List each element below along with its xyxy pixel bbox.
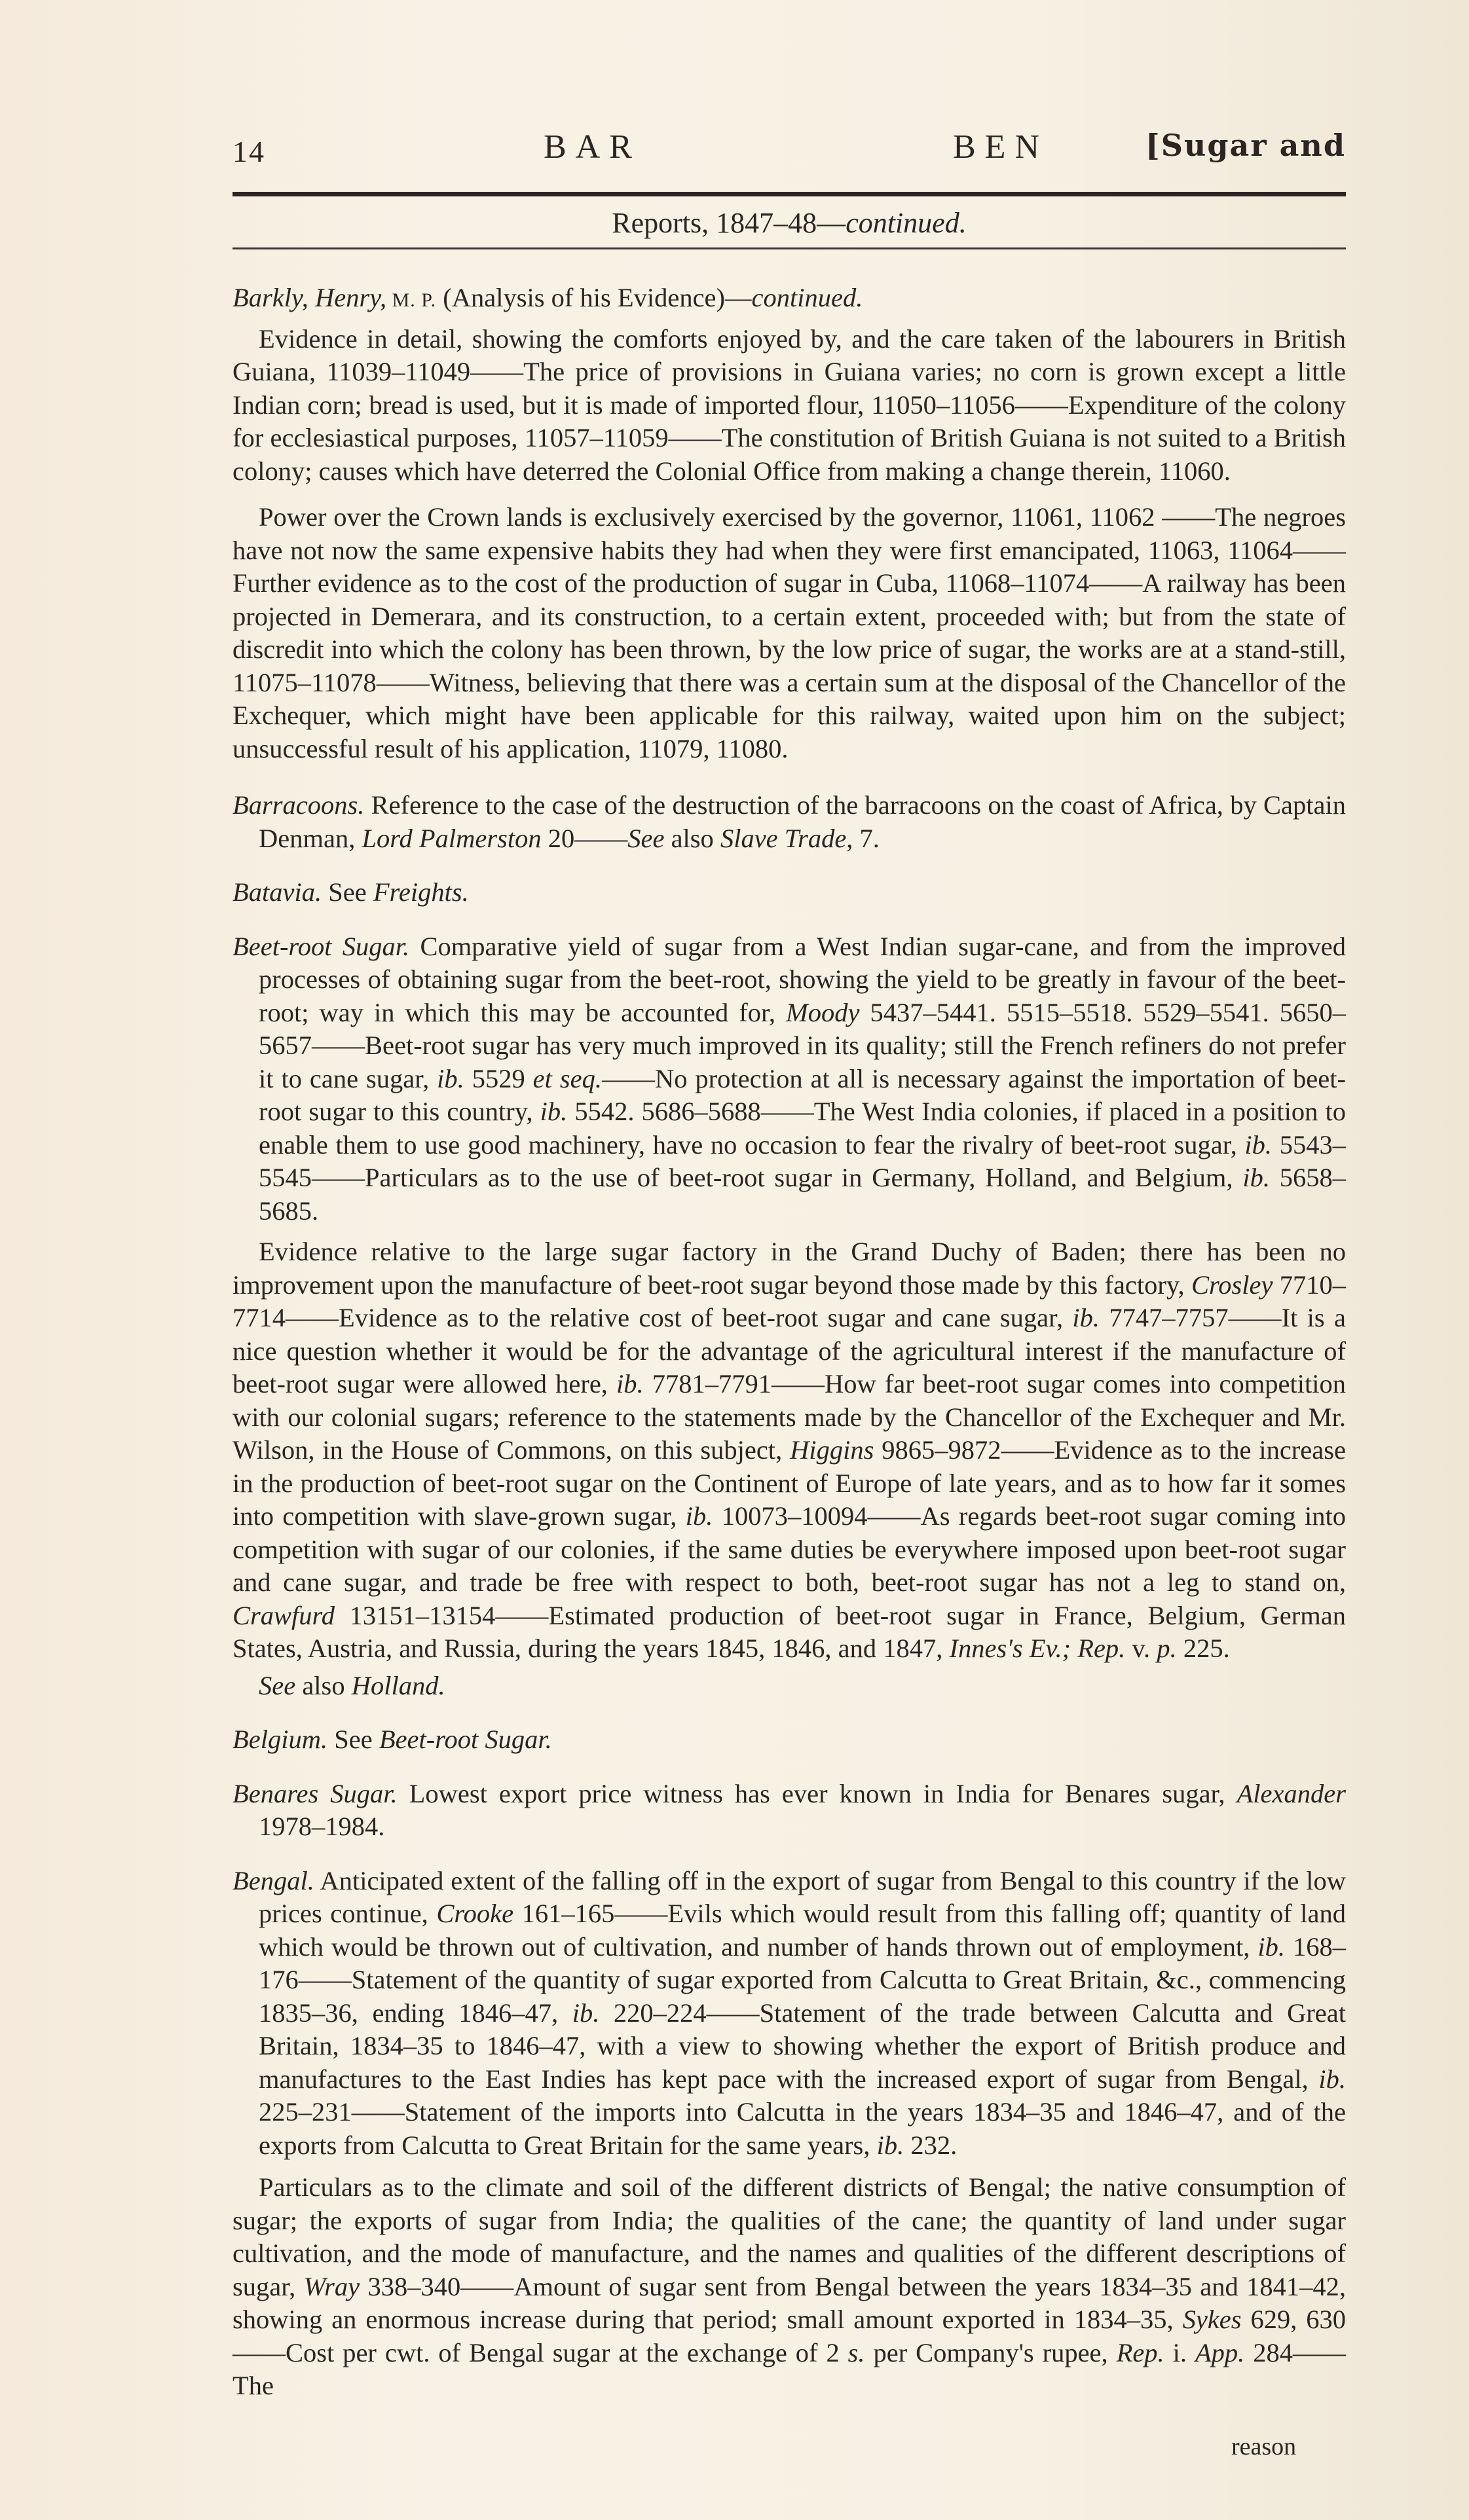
citation-name: ib.: [1318, 2064, 1346, 2094]
entry-text: See: [327, 1725, 379, 1754]
entry-text: 20——: [542, 824, 628, 853]
entry-text: also: [664, 824, 720, 853]
citation-name: ib.: [1244, 1130, 1272, 1160]
citation-name: et seq.: [533, 1064, 602, 1093]
citation-name: ib.: [1072, 1303, 1100, 1332]
cross-reference: Lord Palmerston: [362, 824, 541, 853]
citation-name: ib.: [1242, 1163, 1270, 1192]
entry-paragraph: Bengal. Anticipated extent of the fallin…: [232, 1865, 1346, 2163]
running-head-left-word: BAR: [544, 128, 641, 166]
citation-name: ib.: [616, 1369, 644, 1398]
entry-paragraph: Beet-root Sugar. Comparative yield of su…: [232, 930, 1346, 1228]
citation-name: Moody: [786, 998, 859, 1027]
index-body: Barkly, Henry, M. P. (Analysis of his Ev…: [232, 282, 1346, 2417]
entry-text: 1978–1984.: [259, 1812, 384, 1841]
citation-name: Innes's Ev.; Rep.: [950, 1634, 1126, 1663]
citation-name: App.: [1195, 2338, 1244, 2367]
catchword: reason: [1231, 2432, 1296, 2461]
subheading: Reports, 1847–48—continued.: [232, 206, 1346, 240]
entry-text: also: [295, 1671, 352, 1700]
entry-text: Lowest export price witness has ever kno…: [398, 1779, 1237, 1808]
entry-head: Beet-root Sugar.: [232, 932, 409, 961]
citation-name: Higgins: [790, 1435, 874, 1465]
entry-head: Belgium.: [232, 1725, 327, 1754]
entry-head: Batavia.: [232, 877, 322, 907]
entry-head-rest: (Analysis of his Evidence)—: [436, 283, 751, 312]
entry-barkly: Barkly, Henry, M. P. (Analysis of his Ev…: [232, 282, 1346, 765]
citation-name: p.: [1157, 1634, 1176, 1663]
entry-text: , 7.: [846, 824, 880, 853]
entry-heading: Barkly, Henry, M. P. (Analysis of his Ev…: [232, 282, 1346, 318]
entry-rich-text: Particulars as to the climate and soil o…: [232, 2172, 1346, 2400]
entry-barracoons: Barracoons. Reference to the case of the…: [232, 789, 1346, 855]
citation-name: ib.: [437, 1064, 464, 1093]
entry-paragraph: Evidence in detail, showing the comforts…: [232, 323, 1346, 488]
cross-reference: Beet-root Sugar.: [379, 1725, 552, 1754]
running-head: 14 BAR BEN [Sugar and: [232, 128, 1346, 180]
entry-belgium: Belgium. See Beet-root Sugar.: [232, 1723, 1346, 1757]
entry-text: See: [322, 877, 373, 907]
citation-name: ib.: [1257, 1932, 1285, 1962]
running-head-right-word: BEN: [953, 128, 1049, 166]
entry-head: Bengal.: [232, 1866, 314, 1895]
entry-bengal: Bengal. Anticipated extent of the fallin…: [232, 1865, 1346, 2403]
citation-name: ib.: [686, 1501, 713, 1531]
citation-name: Crosley: [1191, 1270, 1273, 1300]
entry-rich-text: Evidence relative to the large sugar fac…: [232, 1237, 1346, 1663]
cross-reference: Alexander: [1237, 1779, 1346, 1808]
citation-name: Crawfurd: [232, 1601, 335, 1630]
entry-paragraph: Evidence relative to the large sugar fac…: [232, 1235, 1346, 1666]
citation-name: s.: [848, 2338, 865, 2367]
cross-reference: Slave Trade: [720, 824, 846, 853]
entry-head: Barkly, Henry,: [232, 283, 386, 312]
see-also-label: See: [259, 1671, 295, 1700]
citation-name: ib.: [572, 1998, 600, 2028]
see-also-label: See: [627, 824, 664, 853]
citation-name: Wray: [304, 2272, 360, 2301]
header-rule-thin: [232, 247, 1346, 249]
entry-head-italic-tail: continued.: [752, 283, 863, 312]
citation-name: ib.: [540, 1097, 568, 1126]
entry-rich-text: Anticipated extent of the falling off in…: [259, 1866, 1346, 2160]
entry-beet-root-sugar: Beet-root Sugar. Comparative yield of su…: [232, 930, 1346, 1703]
entry-rich-text: Comparative yield of sugar from a West I…: [259, 932, 1346, 1226]
cross-reference: Freights.: [373, 877, 469, 907]
cross-reference: Holland.: [352, 1671, 445, 1700]
citation-name: Sykes: [1183, 2305, 1242, 2334]
entry-paragraph: Power over the Crown lands is exclusivel…: [232, 501, 1346, 765]
subheading-main: Reports, 1847–48—: [612, 207, 846, 239]
citation-name: ib.: [877, 2130, 904, 2160]
entry-batavia: Batavia. See Freights.: [232, 876, 1346, 909]
subheading-italic: continued.: [846, 207, 967, 239]
citation-name: Crooke: [436, 1899, 513, 1928]
citation-name: Rep.: [1117, 2338, 1164, 2367]
page-number: 14: [232, 134, 265, 169]
running-head-section: [Sugar and: [1145, 128, 1346, 163]
see-also-line: See also Holland.: [232, 1670, 1346, 1703]
entry-benares-sugar: Benares Sugar. Lowest export price witne…: [232, 1778, 1346, 1844]
entry-paragraph: Particulars as to the climate and soil o…: [232, 2171, 1346, 2403]
entry-head: Benares Sugar.: [232, 1779, 398, 1808]
entry-head-suffix: M. P.: [386, 289, 436, 311]
entry-head: Barracoons.: [232, 790, 364, 820]
header-rule-thick: [232, 192, 1346, 196]
